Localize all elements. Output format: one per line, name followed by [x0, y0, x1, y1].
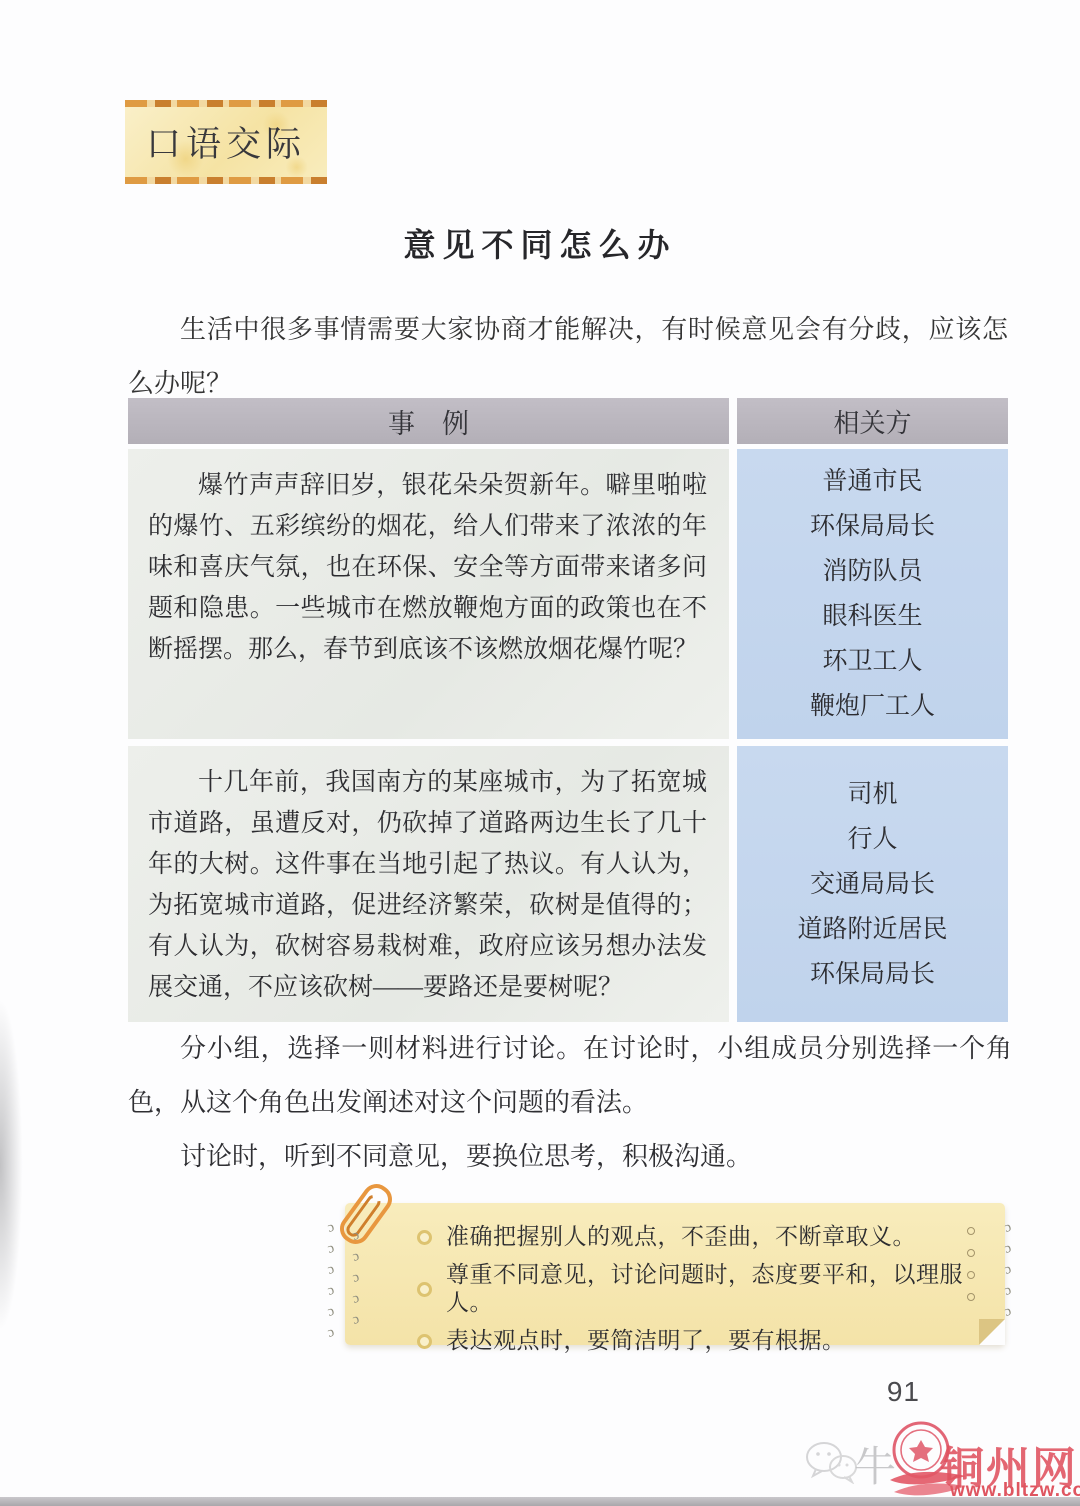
note-right-outer-decoration: ɔɔɔɔɔ [1005, 1217, 1021, 1322]
party-item: 环卫工人 [737, 639, 1008, 684]
wechat-icon [804, 1440, 858, 1484]
note-left-inner-decoration: ɔɔɔɔɔ [353, 1225, 369, 1330]
case-table: 事 例 相关方 爆竹声声辞旧岁，银花朵朵贺新年。噼里啪啦的爆竹、五彩缤纷的烟花，… [128, 398, 1008, 1029]
column-header-case: 事 例 [128, 398, 729, 444]
tip-text: 表达观点时，要简洁明了，要有根据。 [446, 1327, 846, 1355]
party-item: 司机 [737, 772, 1008, 817]
party-item: 眼科医生 [737, 594, 1008, 639]
tip-item: 尊重不同意见，讨论问题时，态度要平和，以理服人。 [417, 1261, 975, 1317]
party-item: 交通局局长 [737, 862, 1008, 907]
party-cell-trees: 司机 行人 交通局局长 道路附近居民 环保局局长 [737, 746, 1008, 1022]
activity-instructions: 分小组，选择一则材料进行讨论。在讨论时，小组成员分别选择一个角色，从这个角色出发… [128, 1022, 1012, 1184]
table-header-row: 事 例 相关方 [128, 398, 1008, 444]
page-edge-shadow [0, 950, 34, 1380]
section-badge-label: 口语交际 [146, 117, 306, 167]
party-item: 鞭炮厂工人 [737, 684, 1008, 729]
textbook-page: { "page": { "badge": "口语交际", "title": "意… [0, 0, 1080, 1506]
table-row: 十几年前，我国南方的某座城市，为了拓宽城市道路，虽遭反对，仍砍掉了道路两边生长了… [128, 746, 1008, 1022]
tips-sticky-note: ɔɔɔɔɔɔ ɔɔɔɔɔ ɔɔɔɔɔ 准确把握别人的观点，不歪曲，不断章取义。 … [345, 1203, 1005, 1345]
instruction-paragraph: 讨论时，听到不同意见，要换位思考，积极沟通。 [128, 1130, 1012, 1184]
intro-paragraph: 生活中很多事情需要大家协商才能解决，有时候意见会有分歧，应该怎么办呢？ [128, 303, 1008, 411]
photo-bottom-edge [0, 1497, 1080, 1506]
tip-text: 准确把握别人的观点，不歪曲，不断章取义。 [446, 1223, 916, 1251]
bullet-ring-icon [417, 1230, 432, 1245]
party-item: 环保局局长 [737, 952, 1008, 997]
site-watermark: 牛 铜州网 www.bltzw.com [778, 1418, 1080, 1502]
party-item: 环保局局长 [737, 504, 1008, 549]
page-title: 意见不同怎么办 [0, 220, 1080, 266]
tip-item: 表达观点时，要简洁明了，要有根据。 [417, 1327, 975, 1355]
note-right-inner-decoration [967, 1227, 983, 1315]
tip-text: 尊重不同意见，讨论问题时，态度要平和，以理服人。 [446, 1261, 975, 1317]
instruction-paragraph: 分小组，选择一则材料进行讨论。在讨论时，小组成员分别选择一个角色，从这个角色出发… [128, 1022, 1012, 1130]
case-cell-trees: 十几年前，我国南方的某座城市，为了拓宽城市道路，虽遭反对，仍砍掉了道路两边生长了… [128, 746, 729, 1022]
party-item: 消防队员 [737, 549, 1008, 594]
bullet-ring-icon [417, 1282, 432, 1297]
table-row: 爆竹声声辞旧岁，银花朵朵贺新年。噼里啪啦的爆竹、五彩缤纷的烟花，给人们带来了浓浓… [128, 449, 1008, 739]
note-folded-corner [979, 1319, 1005, 1345]
section-badge: 口语交际 [125, 100, 327, 184]
case-cell-firecrackers: 爆竹声声辞旧岁，银花朵朵贺新年。噼里啪啦的爆竹、五彩缤纷的烟花，给人们带来了浓浓… [128, 449, 729, 739]
tip-item: 准确把握别人的观点，不歪曲，不断章取义。 [417, 1223, 975, 1251]
party-cell-firecrackers: 普通市民 环保局局长 消防队员 眼科医生 环卫工人 鞭炮厂工人 [737, 449, 1008, 739]
bullet-ring-icon [417, 1334, 432, 1349]
page-number: 91 [887, 1376, 920, 1408]
party-item: 行人 [737, 817, 1008, 862]
column-header-parties: 相关方 [737, 398, 1008, 444]
note-left-outer-decoration: ɔɔɔɔɔɔ [328, 1217, 344, 1343]
party-item: 普通市民 [737, 459, 1008, 504]
party-item: 道路附近居民 [737, 907, 1008, 952]
